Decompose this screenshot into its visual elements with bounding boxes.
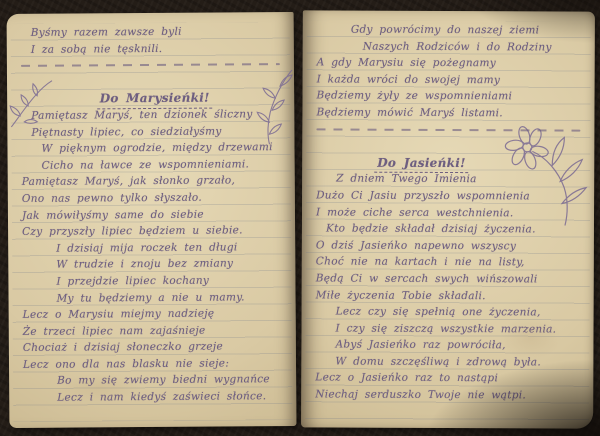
poem-line: Kto będzie składał dzisiaj życzenia.: [316, 221, 588, 239]
poem-line: Niechaj serduszko Twoje nie wątpi.: [315, 386, 587, 404]
poem-line: Lecz czy się spełnią one życzenia,: [316, 304, 588, 322]
poem-line: Czy przyszły lipiec będziem u siebie.: [22, 222, 289, 240]
poem-line: Jak mówiłyśmy same do siebie: [22, 206, 289, 224]
dashed-separator: [21, 56, 288, 74]
right-page-text: Gdy powrócimy do naszej ziemi Naszych Ro…: [315, 21, 589, 404]
poem-line: Bo my się zwiemy biedni wygnańce: [23, 372, 290, 390]
poem-line: Lecz o Marysiu miejmy nadzieję: [23, 305, 290, 323]
poem-line: Z dniem Twego Imienia: [316, 171, 588, 189]
intro-line: I każda wróci do swojej mamy: [317, 71, 589, 89]
title-row: Do Jasieńki!: [316, 154, 588, 172]
intro-line: I za sobą nie tęsknili.: [21, 40, 288, 58]
poem-line: Dużo Ci Jasiu przyszło wspomnienia: [316, 187, 588, 205]
left-page-text: Byśmy razem zawsze byli I za sobą nie tę…: [21, 23, 291, 407]
poem-line: Lecz o Jasieńko raz to nastąpi: [315, 370, 587, 388]
poem-line: Będą Ci w sercach swych wińszowali: [316, 270, 588, 288]
right-page: Gdy powrócimy do naszej ziemi Naszych Ro…: [301, 10, 595, 428]
left-page: Byśmy razem zawsze byli I za sobą nie tę…: [7, 12, 297, 428]
poem-line: Lecz i nam kiedyś zaświeci słońce.: [23, 388, 290, 406]
intro-line: Będziemy żyły ze wspomnieniami: [317, 88, 589, 106]
poem-line: Pamiętasz Maryś, ten dzionek śliczny: [21, 106, 288, 124]
poem-line: Abyś Jasieńko raz powróciła,: [315, 337, 587, 355]
poem-line: I czy się ziszczą wszystkie marzenia.: [315, 320, 587, 338]
intro-line: Gdy powrócimy do naszej ziemi: [317, 21, 589, 39]
spacer: [316, 138, 588, 156]
poem-line: Choć nie na kartach i nie na listy,: [316, 254, 588, 272]
intro-line: Naszych Rodziców i do Rodziny: [317, 38, 589, 56]
spacer: [21, 73, 288, 91]
poem-line: Lecz ono dla nas blasku nie sieje:: [23, 355, 290, 373]
poem-line: Piętnasty lipiec, co siedziałyśmy: [21, 123, 288, 141]
intro-line: A gdy Marysiu się pożegnamy: [317, 55, 589, 73]
poem-line: Chociaż i dzisiaj słoneczko grzeje: [23, 338, 290, 356]
poem-line: Cicho na ławce ze wspomnieniami.: [22, 156, 289, 174]
poem-line: I dzisiaj mija roczek ten długi: [22, 239, 289, 257]
intro-line: Byśmy razem zawsze byli: [21, 23, 288, 41]
poem-line: Pamiętasz Maryś, jak słonko grzało,: [22, 172, 289, 190]
poem-line: I może ciche serca westchnienia.: [316, 204, 588, 222]
poem-line: O dziś Jasieńko napewno wszyscy: [316, 237, 588, 255]
poem-line: Ono nas pewno tylko słyszało.: [22, 189, 289, 207]
poem-line: I przejdzie lipiec kochany: [22, 272, 289, 290]
poem-line: Miłe życzenia Tobie składali.: [316, 287, 588, 305]
poem-line: W trudzie i znoju bez zmiany: [22, 255, 289, 273]
poem-line: My tu będziemy a nie u mamy.: [22, 289, 289, 307]
dashed-separator: [316, 121, 588, 139]
intro-line: Będziemy mówić Maryś listami.: [316, 104, 588, 122]
poem-line: W pięknym ogrodzie, między drzewami: [21, 139, 288, 157]
notebook-photo: Byśmy razem zawsze byli I za sobą nie tę…: [0, 0, 600, 436]
title-row: Do Marysieńki!: [21, 89, 288, 107]
poem-line: Że trzeci lipiec nam zajaśnieje: [23, 322, 290, 340]
poem-line: W domu szczęśliwą i zdrową była.: [315, 353, 587, 371]
